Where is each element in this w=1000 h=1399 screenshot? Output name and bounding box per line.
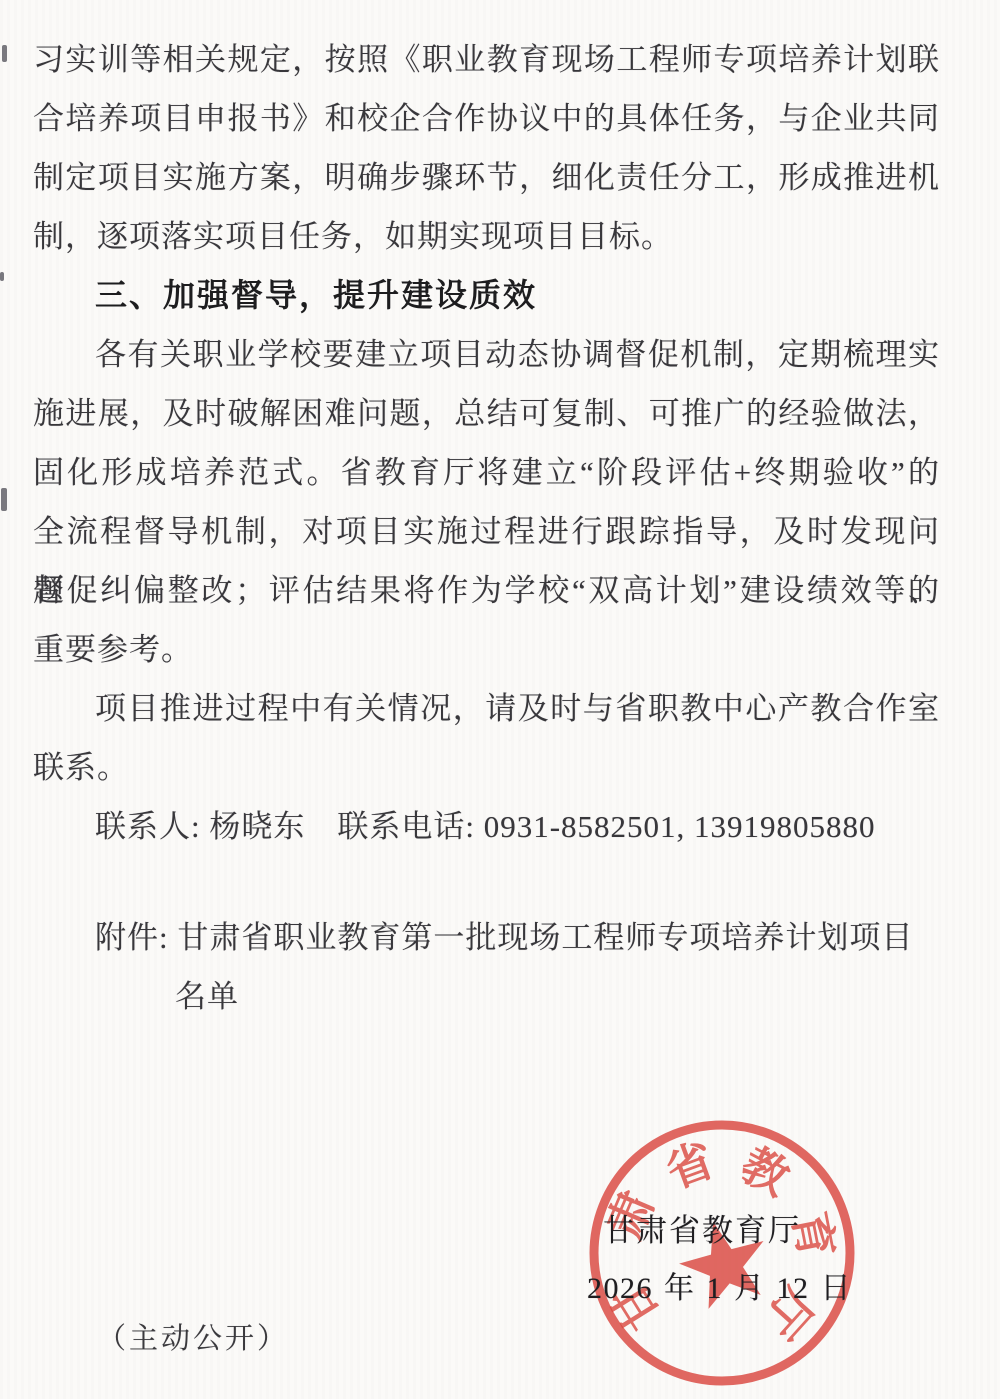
body-line: 合培养项目申报书》和校企合作协议中的具体任务，与企业共同: [33, 89, 940, 148]
attachment-line-2: 名单: [33, 967, 940, 1026]
body-line: 全流程督导机制，对项目实施过程进行跟踪指导，及时发现问题、: [33, 502, 940, 561]
publicity-note: （主动公开）: [97, 1316, 289, 1357]
body-line: 项目推进过程中有关情况，请及时与省职教中心产教合作室: [33, 679, 940, 738]
section-heading: 三、加强督导，提升建设质效: [33, 266, 940, 325]
body-line: 固化形成培养范式。省教育厅将建立“阶段评估+终期验收”的: [33, 443, 940, 502]
official-seal: 甘 肃 省 教 育 厅: [585, 1115, 865, 1395]
scan-artifact: [2, 45, 7, 62]
attachment-line-1: 附件: 甘肃省职业教育第一批现场工程师专项培养计划项目: [33, 908, 940, 967]
document-body: 习实训等相关规定，按照《职业教育现场工程师专项培养计划联 合培养项目申报书》和校…: [33, 30, 940, 856]
body-line: 施进展，及时破解困难问题，总结可复制、可推广的经验做法，: [33, 384, 940, 443]
scan-artifact: [0, 272, 4, 281]
signature-date: 2026 年 1 月 12 日: [587, 1263, 852, 1307]
body-line: 习实训等相关规定，按照《职业教育现场工程师专项培养计划联: [33, 30, 940, 89]
attachment-note: 附件: 甘肃省职业教育第一批现场工程师专项培养计划项目 名单: [33, 908, 940, 1026]
seal-ring-char: 省: [660, 1134, 721, 1198]
signature-issuer: 甘肃省教育厅: [603, 1205, 801, 1250]
body-line: 督促纠偏整改；评估结果将作为学校“双高计划”建设绩效等的: [33, 561, 940, 620]
body-line: 各有关职业学校要建立项目动态协调督促机制，定期梳理实: [33, 325, 940, 384]
body-line: 联系。: [33, 738, 940, 797]
contact-line: 联系人: 杨晓东 联系电话: 0931-8582501, 13919805880: [33, 797, 940, 856]
body-line: 重要参考。: [33, 620, 940, 679]
scan-artifact: [1, 488, 7, 511]
document-page: 习实训等相关规定，按照《职业教育现场工程师专项培养计划联 合培养项目申报书》和校…: [0, 0, 1000, 1399]
body-line: 制，逐项落实项目任务，如期实现项目目标。: [33, 207, 940, 266]
body-line: 制定项目实施方案，明确步骤环节，细化责任分工，形成推进机: [33, 148, 940, 207]
